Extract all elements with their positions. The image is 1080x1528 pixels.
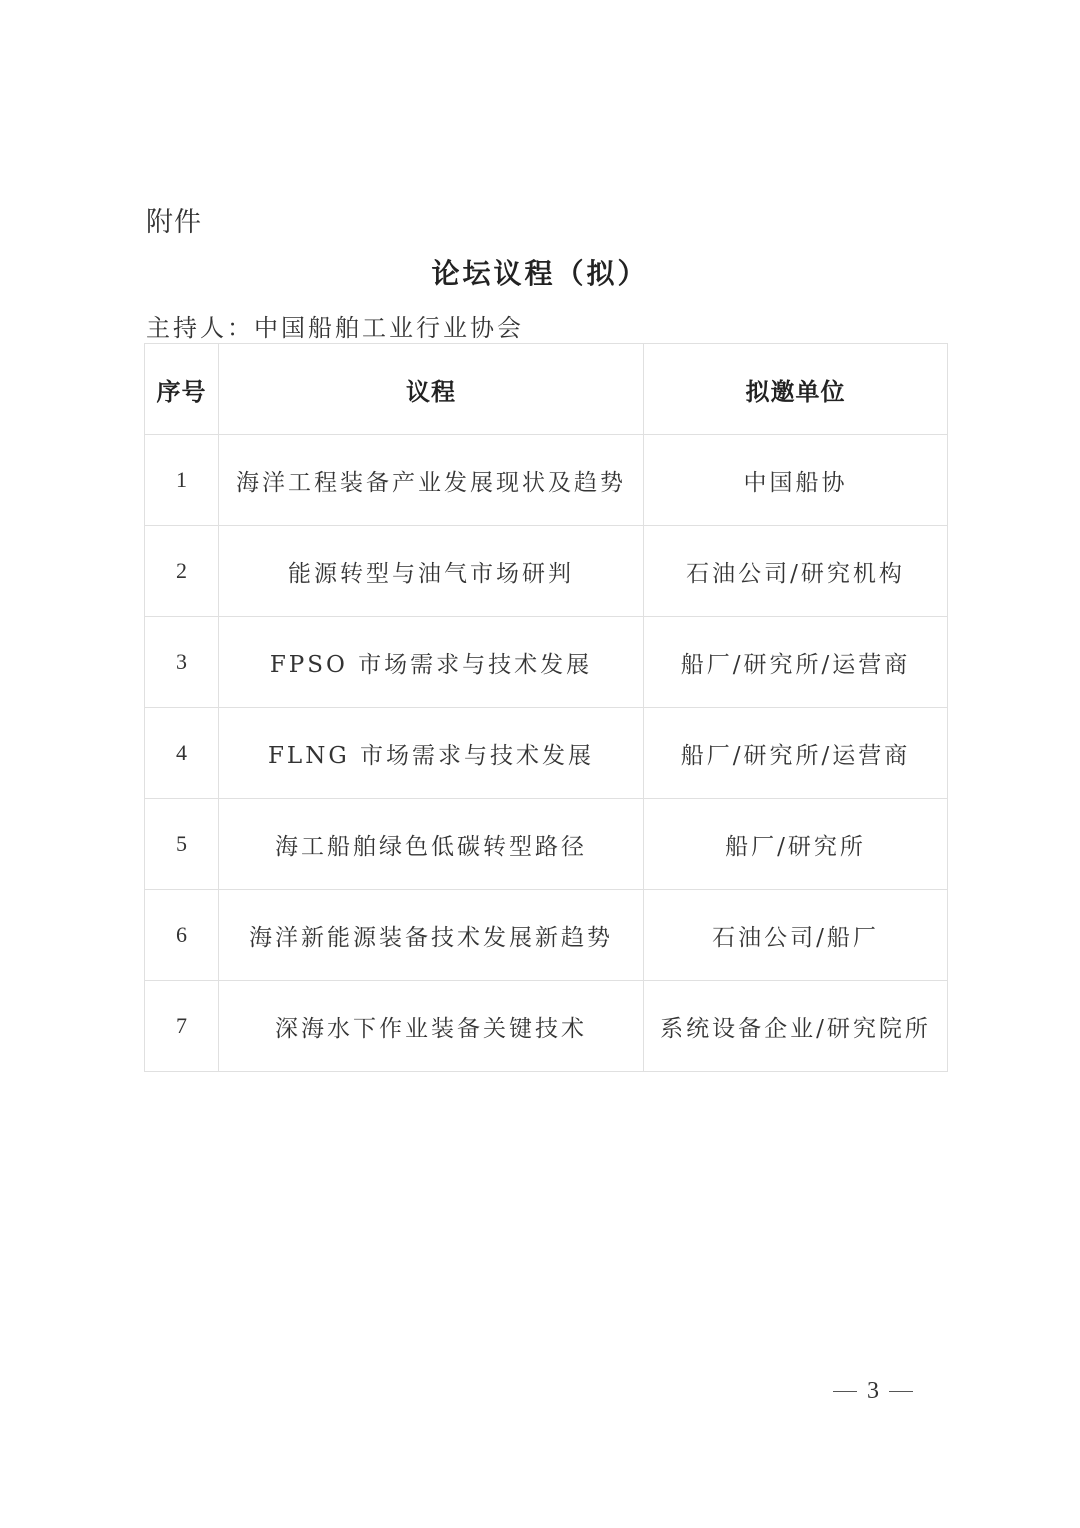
row-topic: 深海水下作业装备关键技术: [219, 981, 644, 1072]
table-row: 7 深海水下作业装备关键技术 系统设备企业/研究院所: [145, 981, 948, 1072]
row-unit: 中国船协: [644, 435, 948, 526]
row-topic: 海工船舶绿色低碳转型路径: [219, 799, 644, 890]
row-topic: FPSO 市场需求与技术发展: [219, 617, 644, 708]
row-number: 3: [145, 617, 219, 708]
row-topic: 能源转型与油气市场研判: [219, 526, 644, 617]
row-number: 4: [145, 708, 219, 799]
table-row: 2 能源转型与油气市场研判 石油公司/研究机构: [145, 526, 948, 617]
row-unit: 船厂/研究所/运营商: [644, 708, 948, 799]
row-number: 6: [145, 890, 219, 981]
header-invited-unit: 拟邀单位: [644, 344, 948, 435]
row-topic: 海洋新能源装备技术发展新趋势: [219, 890, 644, 981]
table-row: 5 海工船舶绿色低碳转型路径 船厂/研究所: [145, 799, 948, 890]
dash-left: [833, 1391, 857, 1393]
row-number: 2: [145, 526, 219, 617]
row-unit: 石油公司/研究机构: [644, 526, 948, 617]
table-header-row: 序号 议程 拟邀单位: [145, 344, 948, 435]
row-number: 7: [145, 981, 219, 1072]
header-topic: 议程: [219, 344, 644, 435]
table-row: 3 FPSO 市场需求与技术发展 船厂/研究所/运营商: [145, 617, 948, 708]
row-number: 1: [145, 435, 219, 526]
row-topic: FLNG 市场需求与技术发展: [219, 708, 644, 799]
attachment-label: 附件: [146, 200, 202, 239]
row-number: 5: [145, 799, 219, 890]
document-title: 论坛议程（拟）: [0, 252, 1080, 292]
row-topic: 海洋工程装备产业发展现状及趋势: [219, 435, 644, 526]
page-footer: 3: [833, 1378, 913, 1405]
header-number: 序号: [145, 344, 219, 435]
page-number: 3: [867, 1378, 879, 1405]
table-row: 4 FLNG 市场需求与技术发展 船厂/研究所/运营商: [145, 708, 948, 799]
row-unit: 船厂/研究所/运营商: [644, 617, 948, 708]
row-unit: 石油公司/船厂: [644, 890, 948, 981]
table-row: 6 海洋新能源装备技术发展新趋势 石油公司/船厂: [145, 890, 948, 981]
host-line: 主持人：中国船舶工业行业协会: [146, 308, 524, 343]
row-unit: 船厂/研究所: [644, 799, 948, 890]
dash-right: [889, 1391, 913, 1393]
row-unit: 系统设备企业/研究院所: [644, 981, 948, 1072]
agenda-table: 序号 议程 拟邀单位 1 海洋工程装备产业发展现状及趋势 中国船协 2 能源转型…: [144, 343, 948, 1072]
table-row: 1 海洋工程装备产业发展现状及趋势 中国船协: [145, 435, 948, 526]
